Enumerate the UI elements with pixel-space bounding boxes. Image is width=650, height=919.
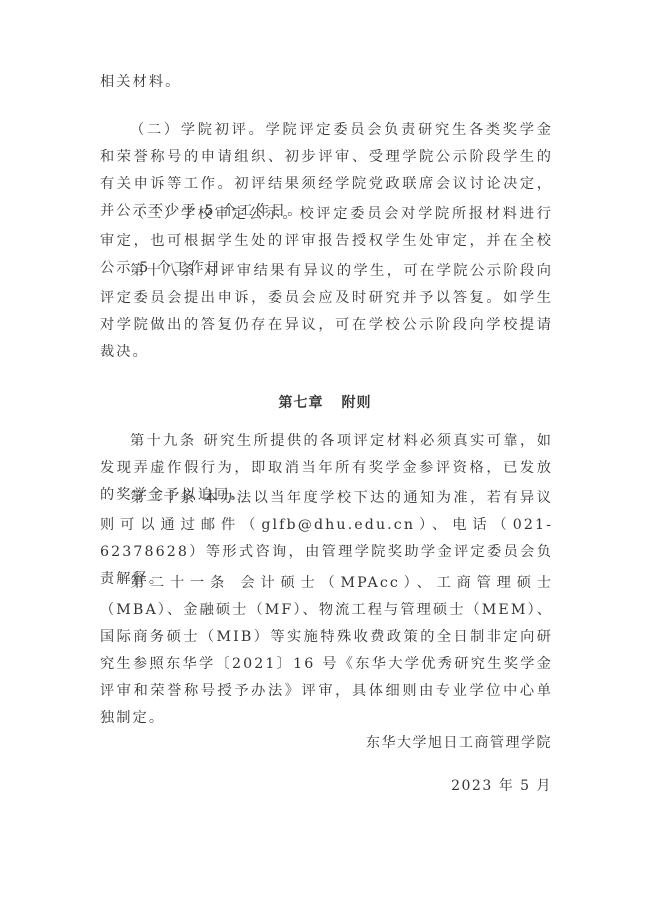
signature-organization: 东华大学旭日工商管理学院 [366,733,552,753]
signature-date: 2023 年 5 月 [451,776,552,796]
chapter-title: 附则 [342,395,372,411]
paragraph-continuation: 相关材料。 [100,69,553,96]
article-18: 第十八条 对评审结果有异议的学生，可在学院公示阶段向评定委员会提出申诉，委员会应… [100,258,553,366]
article-21: 第二十一条 会计硕士（MPAcc）、工商管理硕士（MBA）、金融硕士（MF）、物… [100,570,553,732]
chapter-heading: 第七章附则 [0,393,650,413]
chapter-number: 第七章 [279,395,324,411]
document-page: 相关材料。 （二）学院初评。学院评定委员会负责研究生各类奖学金和荣誉称号的申请组… [0,0,650,919]
